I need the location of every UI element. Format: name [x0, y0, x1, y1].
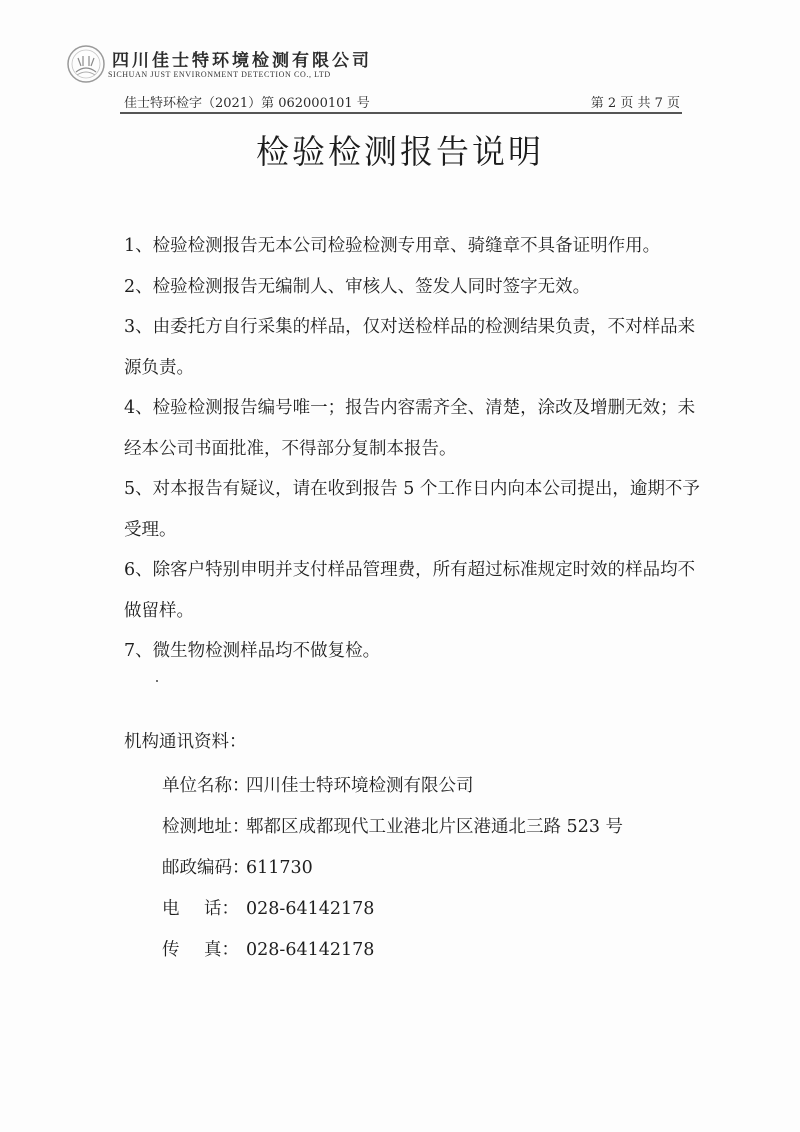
contact-label: 电 话： — [162, 889, 246, 930]
contact-label: 邮政编码： — [162, 848, 246, 889]
contact-value: 郫都区成都现代工业港北片区港通北三路 523 号 — [246, 807, 623, 848]
company-name-cn: 四川佳士特环境检测有限公司 — [112, 46, 372, 71]
contact-label: 单位名称： — [162, 766, 246, 807]
contact-row-postcode: 邮政编码： 611730 — [162, 848, 623, 889]
contact-row-fax: 传 真： 028-64142178 — [162, 930, 623, 971]
contact-label-char: 真： — [204, 930, 239, 971]
contact-value: 028-64142178 — [246, 889, 374, 930]
document-title: 检验检测报告说明 — [0, 126, 800, 173]
contact-row-phone: 电 话： 028-64142178 — [162, 889, 623, 930]
page-indicator: 第 2 页 共 7 页 — [591, 92, 680, 111]
note-item: 4、检验检测报告编号唯一；报告内容需齐全、清楚，涂改及增删无效；未经本公司书面批… — [124, 388, 704, 469]
contact-label-char: 话： — [204, 889, 239, 930]
contact-label: 传 真： — [162, 930, 246, 971]
report-number: 佳士特环检字（2021）第 062000101 号 — [124, 92, 370, 111]
contact-value: 四川佳士特环境检测有限公司 — [246, 766, 474, 807]
note-item: 1、检验检测报告无本公司检验检测专用章、骑缝章不具备证明作用。 — [124, 226, 704, 267]
header-divider — [120, 112, 682, 114]
company-name-en: SICHUAN JUST ENVIRONMENT DETECTION CO., … — [108, 70, 331, 79]
company-emblem-icon — [66, 44, 106, 84]
notes-list: 1、检验检测报告无本公司检验检测专用章、骑缝章不具备证明作用。 2、检验检测报告… — [124, 226, 704, 672]
contact-list: 单位名称： 四川佳士特环境检测有限公司 检测地址： 郫都区成都现代工业港北片区港… — [162, 766, 623, 971]
contact-label: 检测地址： — [162, 807, 246, 848]
contact-label-char: 电 — [162, 889, 180, 930]
note-item: 6、除客户特别申明并支付样品管理费，所有超过标准规定时效的样品均不做留样。 — [124, 550, 704, 631]
note-item: 7、微生物检测样品均不做复检。 — [124, 631, 704, 672]
note-item: 5、对本报告有疑议，请在收到报告 5 个工作日内向本公司提出，逾期不予受理。 — [124, 469, 704, 550]
contact-heading: 机构通讯资料： — [124, 728, 247, 753]
note-item: 3、由委托方自行采集的样品，仅对送检样品的检测结果负责，不对样品来源负责。 — [124, 307, 704, 388]
contact-row-address: 检测地址： 郫都区成都现代工业港北片区港通北三路 523 号 — [162, 807, 623, 848]
contact-value: 611730 — [246, 848, 313, 889]
contact-label-char: 传 — [162, 930, 180, 971]
contact-value: 028-64142178 — [246, 930, 374, 971]
note-item: 2、检验检测报告无编制人、审核人、签发人同时签字无效。 — [124, 267, 704, 308]
scan-speck — [156, 680, 158, 682]
contact-row-unit-name: 单位名称： 四川佳士特环境检测有限公司 — [162, 766, 623, 807]
report-page: 四川佳士特环境检测有限公司 SICHUAN JUST ENVIRONMENT D… — [0, 0, 800, 1132]
